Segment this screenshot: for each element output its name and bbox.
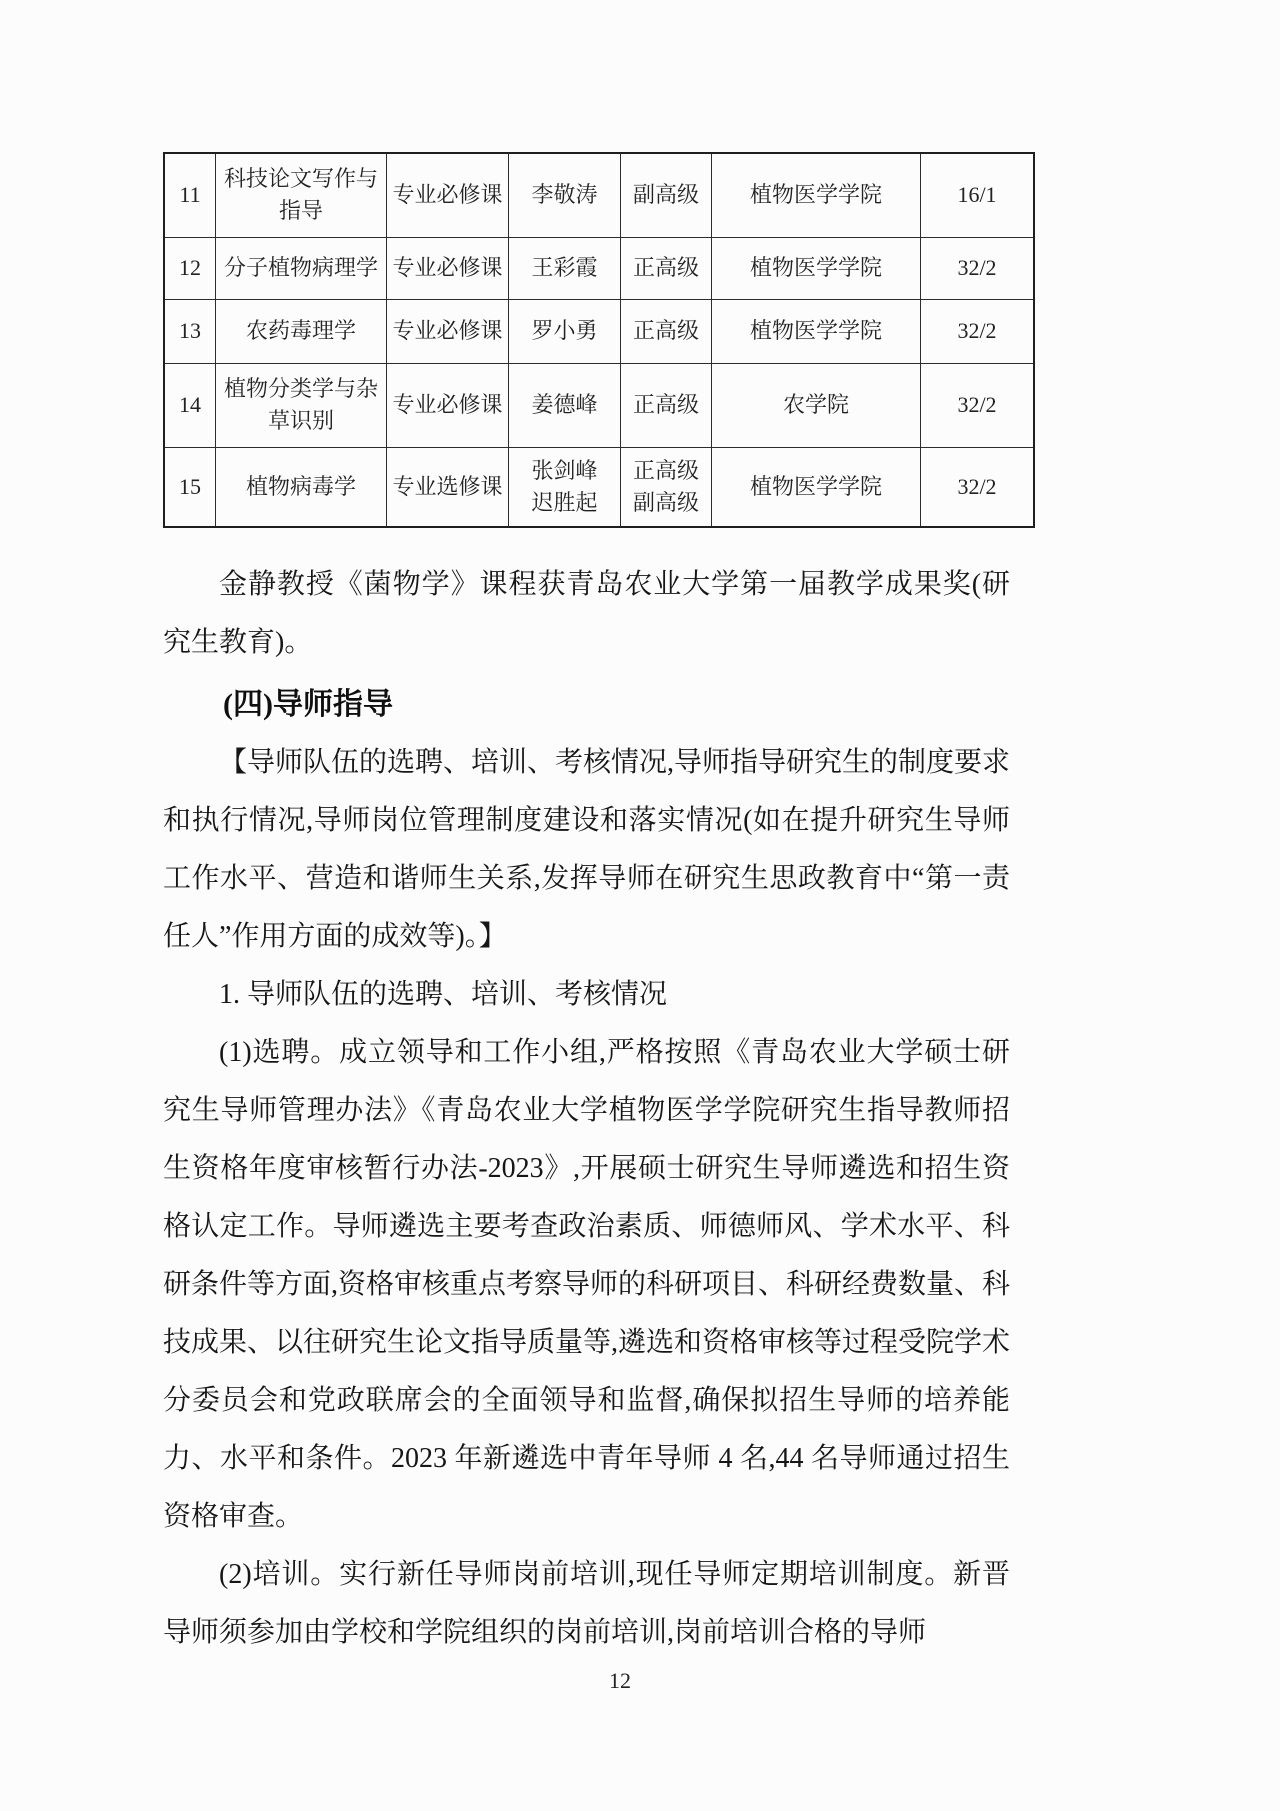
cell-course-type: 专业必修课 (387, 153, 509, 237)
cell-course-type: 专业必修课 (387, 299, 509, 363)
cell-course-type: 专业选修课 (387, 447, 509, 527)
cell-title-rank: 正高级 副高级 (621, 447, 712, 527)
cell-college: 农学院 (712, 363, 921, 447)
cell-title-rank: 副高级 (621, 153, 712, 237)
table-row: 15 植物病毒学 专业选修课 张剑峰 迟胜起 正高级 副高级 植物医学学院 32… (164, 447, 1034, 527)
cell-course-name: 农药毒理学 (216, 299, 387, 363)
cell-title-rank: 正高级 (621, 363, 712, 447)
cell-college: 植物医学学院 (712, 299, 921, 363)
cell-hours-credits: 32/2 (921, 237, 1035, 299)
paragraph-selection: (1)选聘。成立领导和工作小组,严格按照《青岛农业大学硕士研究生导师管理办法》《… (163, 1024, 1010, 1546)
course-table: 11 科技论文写作与指导 专业必修课 李敬涛 副高级 植物医学学院 16/1 1… (163, 152, 1035, 528)
cell-row-number: 14 (164, 363, 216, 447)
cell-teacher: 姜德峰 (509, 363, 621, 447)
cell-course-name: 植物分类学与杂草识别 (216, 363, 387, 447)
document-page: 11 科技论文写作与指导 专业必修课 李敬涛 副高级 植物医学学院 16/1 1… (0, 0, 1280, 1811)
table-row: 12 分子植物病理学 专业必修课 王彩霞 正高级 植物医学学院 32/2 (164, 237, 1034, 299)
subsection-title: 1. 导师队伍的选聘、培训、考核情况 (163, 966, 1010, 1024)
cell-teacher: 张剑峰 迟胜起 (509, 447, 621, 527)
cell-course-type: 专业必修课 (387, 237, 509, 299)
cell-row-number: 13 (164, 299, 216, 363)
cell-hours-credits: 32/2 (921, 447, 1035, 527)
cell-title-rank: 正高级 (621, 299, 712, 363)
cell-row-number: 11 (164, 153, 216, 237)
cell-row-number: 12 (164, 237, 216, 299)
table-row: 14 植物分类学与杂草识别 专业必修课 姜德峰 正高级 农学院 32/2 (164, 363, 1034, 447)
cell-college: 植物医学学院 (712, 237, 921, 299)
cell-teacher: 李敬涛 (509, 153, 621, 237)
award-paragraph: 金静教授《菌物学》课程获青岛农业大学第一届教学成果奖(研究生教育)。 (163, 556, 1010, 672)
cell-course-name: 植物病毒学 (216, 447, 387, 527)
page-number: 12 (0, 1668, 1240, 1694)
cell-title-rank: 正高级 (621, 237, 712, 299)
cell-course-name: 分子植物病理学 (216, 237, 387, 299)
table-row: 11 科技论文写作与指导 专业必修课 李敬涛 副高级 植物医学学院 16/1 (164, 153, 1034, 237)
cell-hours-credits: 16/1 (921, 153, 1035, 237)
section-heading: (四)导师指导 (163, 676, 1010, 734)
cell-hours-credits: 32/2 (921, 363, 1035, 447)
cell-row-number: 15 (164, 447, 216, 527)
cell-teacher: 罗小勇 (509, 299, 621, 363)
bracket-note-paragraph: 【导师队伍的选聘、培训、考核情况,导师指导研究生的制度要求和执行情况,导师岗位管… (163, 734, 1010, 966)
cell-teacher: 王彩霞 (509, 237, 621, 299)
cell-college: 植物医学学院 (712, 447, 921, 527)
cell-course-name: 科技论文写作与指导 (216, 153, 387, 237)
cell-course-type: 专业必修课 (387, 363, 509, 447)
cell-college: 植物医学学院 (712, 153, 921, 237)
paragraph-training: (2)培训。实行新任导师岗前培训,现任导师定期培训制度。新晋导师须参加由学校和学… (163, 1546, 1010, 1662)
table-row: 13 农药毒理学 专业必修课 罗小勇 正高级 植物医学学院 32/2 (164, 299, 1034, 363)
cell-hours-credits: 32/2 (921, 299, 1035, 363)
